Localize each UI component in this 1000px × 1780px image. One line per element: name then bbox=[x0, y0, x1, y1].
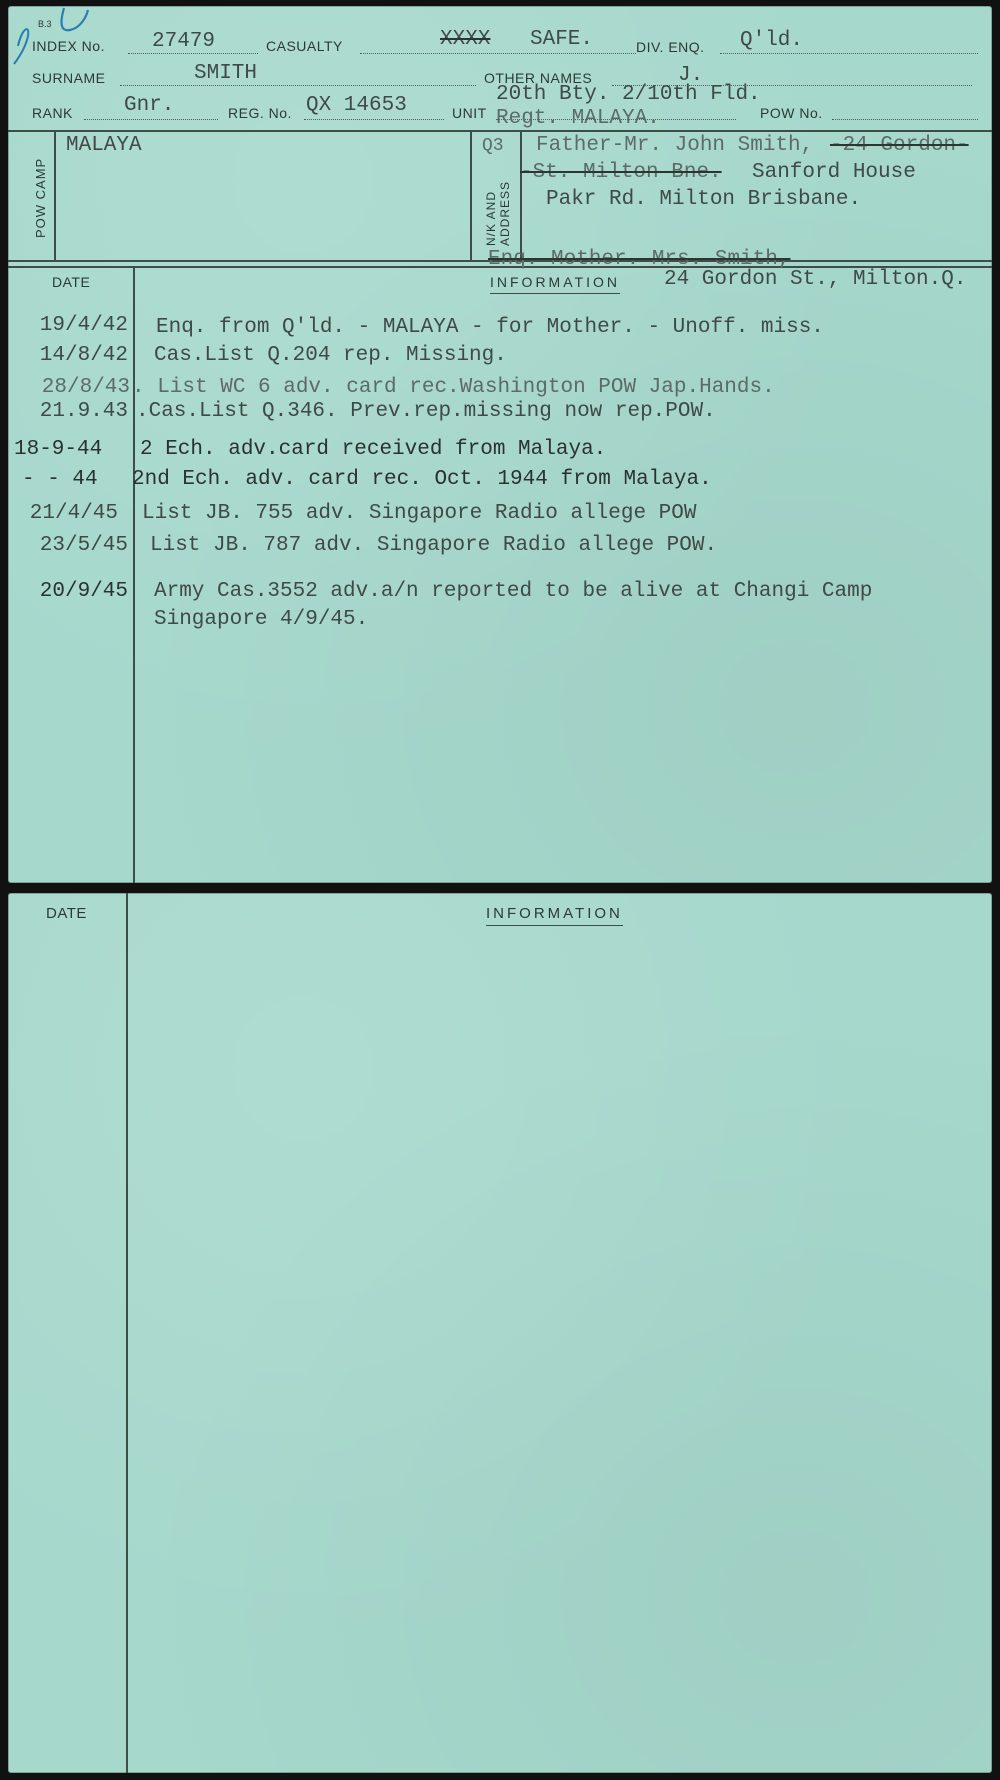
div-enq-label: DIV. ENQ. bbox=[636, 39, 705, 55]
entry-text: 2 Ech. adv.card received from Malaya. bbox=[140, 438, 606, 461]
nk-code: Q3 bbox=[482, 136, 504, 156]
entry-date: 20/9/45 bbox=[18, 580, 128, 603]
nk-line2-struck: -St. Milton Bne. bbox=[520, 161, 722, 184]
index-card-back: DATE INFORMATION bbox=[8, 893, 992, 1773]
entry-date: - - 44 bbox=[22, 468, 132, 491]
entry-date: 18-9-44 bbox=[14, 438, 124, 461]
unit-value-line2: Regt. MALAYA. bbox=[496, 107, 660, 130]
entry-text: Cas.List Q.204 rep. Missing. bbox=[154, 344, 507, 367]
unit-value-line1: 20th Bty. 2/10th Fld. bbox=[496, 83, 761, 106]
entry-text: List JB. 787 adv. Singapore Radio allege… bbox=[150, 534, 717, 557]
rank-label: RANK bbox=[32, 105, 73, 121]
entry-text: .Cas.List Q.346. Prev.rep.missing now re… bbox=[136, 400, 716, 423]
reg-no-label: REG. No. bbox=[228, 105, 292, 121]
index-no-label: INDEX No. bbox=[32, 38, 105, 54]
rank-value: Gnr. bbox=[124, 94, 174, 117]
pow-no-label: POW No. bbox=[760, 105, 823, 121]
div-enq-value: Q'ld. bbox=[740, 29, 803, 52]
entry-text: Enq. from Q'ld. - MALAYA - for Mother. -… bbox=[156, 316, 824, 339]
nk-line1-struck: -24 Gordon- bbox=[830, 134, 969, 157]
entry-text-continued: Singapore 4/9/45. bbox=[154, 608, 368, 631]
surname-label: SURNAME bbox=[32, 70, 106, 86]
address-label: ADDRESS bbox=[498, 181, 512, 246]
reg-no-value: QX 14653 bbox=[306, 94, 407, 117]
nk-line1: Father-Mr. John Smith, bbox=[536, 134, 813, 157]
entry-text: Army Cas.3552 adv.a/n reported to be ali… bbox=[154, 580, 872, 603]
pow-camp-value: MALAYA bbox=[66, 134, 142, 157]
index-card-front: B.3 INDEX No. 27479 CASUALTY XXXX SAFE. … bbox=[8, 6, 992, 883]
casualty-label: CASUALTY bbox=[266, 38, 343, 54]
nk-line2: Sanford House bbox=[752, 161, 916, 184]
back-date-header: DATE bbox=[46, 905, 87, 922]
nk-and-label: N/K AND bbox=[484, 191, 498, 246]
information-header: INFORMATION bbox=[490, 274, 620, 294]
index-no-value: 27479 bbox=[152, 30, 215, 53]
pen-mark-icon bbox=[8, 6, 98, 66]
nk-line5: 24 Gordon St., Milton.Q. bbox=[664, 268, 966, 291]
entry-date: 23/5/45 bbox=[18, 534, 128, 557]
entry-text: . List WC 6 adv. card rec.Washington POW… bbox=[132, 376, 775, 399]
nk-line3: Pakr Rd. Milton Brisbane. bbox=[546, 188, 861, 211]
casualty-struck-value: XXXX bbox=[440, 28, 490, 51]
back-information-header: INFORMATION bbox=[486, 905, 623, 926]
entry-text: List JB. 755 adv. Singapore Radio allege… bbox=[142, 502, 697, 525]
entry-date: 19/4/42 bbox=[18, 314, 128, 337]
entry-date: 28/8/43 bbox=[20, 376, 130, 399]
entry-date: 21.9.43 bbox=[18, 400, 128, 423]
entry-text: 2nd Ech. adv. card rec. Oct. 1944 from M… bbox=[132, 468, 712, 491]
date-header: DATE bbox=[52, 274, 90, 290]
casualty-value: SAFE. bbox=[530, 28, 593, 51]
entry-date: 21/4/45 bbox=[8, 502, 118, 525]
form-code: B.3 bbox=[38, 19, 52, 29]
unit-label: UNIT bbox=[452, 105, 487, 121]
pow-camp-label: POW CAMP bbox=[34, 158, 48, 238]
entry-date: 14/8/42 bbox=[18, 344, 128, 367]
surname-value: SMITH bbox=[194, 62, 257, 85]
